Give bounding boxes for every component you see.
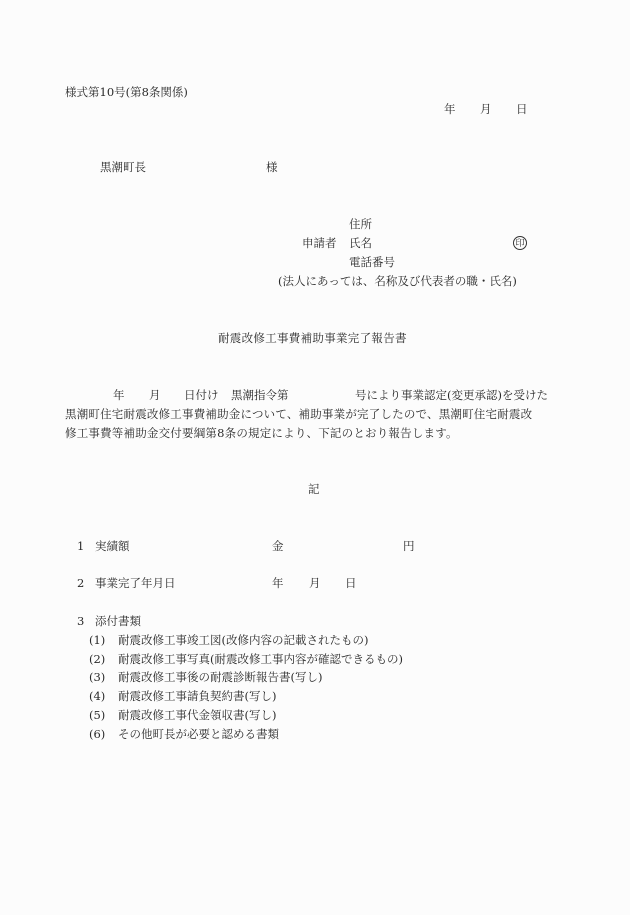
attachment-number: (6) <box>89 727 105 741</box>
attachment-text: 耐震改修工事竣工図(改修内容の記載されたもの) <box>118 633 368 647</box>
date-month-label: 月 <box>480 102 492 116</box>
seal-icon: 印 <box>513 236 527 250</box>
item1-suffix: 円 <box>403 539 415 553</box>
attachment-number: (1) <box>89 633 105 647</box>
ki-heading: 記 <box>308 482 320 496</box>
item2-label: 事業完了年月日 <box>95 576 176 590</box>
body-day: 日付け <box>184 388 219 402</box>
attachment-text: その他町長が必要と認める書類 <box>118 727 279 741</box>
body-line1-rest: 号により事業認定(変更承認)を受けた <box>355 388 548 402</box>
attachment-number: (3) <box>89 670 105 684</box>
attachment-text: 耐震改修工事後の耐震診断報告書(写し) <box>118 670 322 684</box>
attachment-number: (5) <box>89 708 105 722</box>
item1-label: 実績額 <box>95 539 130 553</box>
body-line-3: 修工事費等補助金交付要綱第8条の規定により、下記のとおり報告します。 <box>65 426 458 440</box>
item1-prefix: 金 <box>272 539 284 553</box>
date-day-label: 日 <box>516 102 528 116</box>
applicant-label: 申請者 <box>302 236 337 250</box>
item2-month: 月 <box>309 576 321 590</box>
body-line-2: 黒潮町住宅耐震改修工事費補助金について、補助事業が完了したので、黒潮町住宅耐震改 <box>65 407 532 421</box>
attachment-number: (4) <box>89 689 105 703</box>
item2-number: 2 <box>77 576 84 590</box>
date-year-label: 年 <box>444 102 456 116</box>
item3-label: 添付書類 <box>95 614 141 628</box>
item1-number: 1 <box>77 539 84 553</box>
item3-number: 3 <box>77 614 84 628</box>
name-label: 氏名 <box>349 236 372 250</box>
phone-label: 電話番号 <box>349 255 395 269</box>
body-year: 年 <box>113 388 125 402</box>
attachment-number: (2) <box>89 652 105 666</box>
addressee-honorific: 様 <box>266 160 278 174</box>
addressee-name: 黒潮町長 <box>100 160 146 174</box>
item2-day: 日 <box>345 576 357 590</box>
attachment-text: 耐震改修工事請負契約書(写し) <box>118 689 276 703</box>
corporate-note: (法人にあっては、名称及び代表者の職・氏名) <box>278 274 517 288</box>
address-label: 住所 <box>349 217 372 231</box>
document-title: 耐震改修工事費補助事業完了報告書 <box>218 331 407 345</box>
body-directive: 黒潮指令第 <box>231 388 289 402</box>
form-number: 様式第10号(第8条関係) <box>65 85 188 99</box>
body-month: 月 <box>149 388 161 402</box>
attachment-text: 耐震改修工事写真(耐震改修工事内容が確認できるもの) <box>118 652 403 666</box>
attachment-text: 耐震改修工事代金領収書(写し) <box>118 708 276 722</box>
item2-year: 年 <box>272 576 284 590</box>
